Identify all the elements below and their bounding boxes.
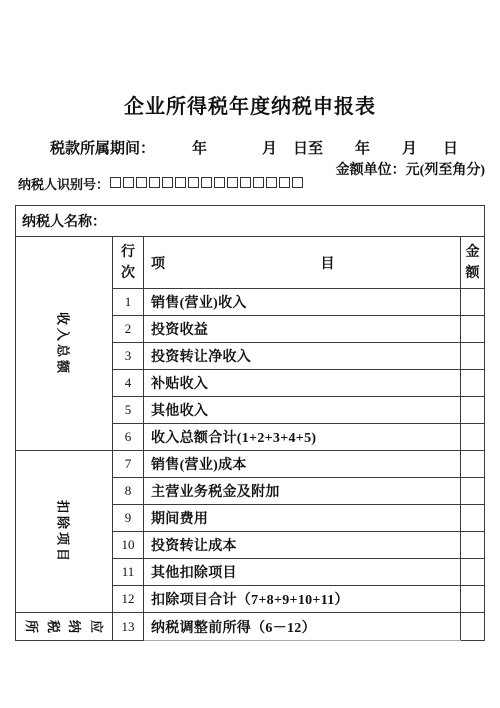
row-item-label: 收入总额合计(1+2+3+4+5) <box>144 424 461 451</box>
row-item-label: 销售(营业)收入 <box>144 289 461 316</box>
amount-cell[interactable] <box>461 343 485 370</box>
rotated-char: 所 <box>25 620 38 633</box>
amount-cell[interactable] <box>461 586 485 613</box>
section-category-cell-income: 收入总额 <box>16 237 113 451</box>
taxpayer-id-box[interactable] <box>110 177 121 188</box>
tax-period-label: 税款所属期间： <box>50 137 155 158</box>
row-item-label: 期间费用 <box>144 505 461 532</box>
taxpayer-id-box[interactable] <box>175 177 186 188</box>
taxpayer-name-row: 纳税人名称： <box>16 206 485 237</box>
taxpayer-id-box[interactable] <box>188 177 199 188</box>
taxpayer-id-box[interactable] <box>214 177 225 188</box>
row-number: 9 <box>113 505 144 532</box>
row-number: 1 <box>113 289 144 316</box>
amount-cell[interactable] <box>461 505 485 532</box>
row-number: 6 <box>113 424 144 451</box>
period-unit-year-start: 年 <box>192 137 207 158</box>
taxpayer-id-box[interactable] <box>149 177 160 188</box>
row-item-label: 其他扣除项目 <box>144 559 461 586</box>
amount-cell[interactable] <box>461 397 485 424</box>
taxpayer-id-boxes <box>110 176 305 189</box>
header-char: 次 <box>113 263 143 284</box>
taxpayer-id-box[interactable] <box>162 177 173 188</box>
period-unit-year-end: 年 <box>355 137 370 158</box>
form-title: 企业所得税年度纳税申报表 <box>0 90 500 119</box>
row-item-label: 销售(营业)成本 <box>144 451 461 478</box>
section-category-cell-deduction: 扣除项目 <box>16 451 113 613</box>
row-item-label: 扣除项目合计（7+8+9+10+11） <box>144 586 461 613</box>
period-unit-day-end: 日 <box>443 137 458 158</box>
row-item-label: 投资转让净收入 <box>144 343 461 370</box>
amount-cell[interactable] <box>461 316 485 343</box>
amount-cell[interactable] <box>461 559 485 586</box>
header-char: 行 <box>113 242 143 263</box>
table-row: 扣除项目 7 销售(营业)成本 <box>16 451 485 478</box>
header-char: 项 <box>151 257 165 272</box>
section-category-label-income: 收入总额 <box>55 311 74 375</box>
taxpayer-id-box[interactable] <box>123 177 134 188</box>
period-unit-day-to: 日至 <box>293 137 323 158</box>
period-unit-month-end: 月 <box>402 137 417 158</box>
taxpayer-id-box[interactable] <box>136 177 147 188</box>
row-item-label: 纳税调整前所得（6－12） <box>144 613 461 641</box>
section-category-label-deduction: 扣除项目 <box>55 499 74 563</box>
row-item-label: 投资收益 <box>144 316 461 343</box>
taxpayer-id-box[interactable] <box>292 177 303 188</box>
period-unit-month-start: 月 <box>262 137 277 158</box>
taxpayer-id-box[interactable] <box>266 177 277 188</box>
col-header-row-no: 行 次 <box>113 237 144 289</box>
row-number: 10 <box>113 532 144 559</box>
taxpayer-id-label: 纳税人识别号： <box>18 174 109 193</box>
amount-cell[interactable] <box>461 451 485 478</box>
row-number: 8 <box>113 478 144 505</box>
table-header-row: 收入总额 行 次 项 目 金 额 <box>16 237 485 289</box>
col-header-item: 项 目 <box>144 237 461 289</box>
row-number: 4 <box>113 370 144 397</box>
rotated-char: 税 <box>47 620 60 633</box>
rotated-char: 应 <box>90 620 103 633</box>
taxpayer-id-box[interactable] <box>279 177 290 188</box>
row-number: 3 <box>113 343 144 370</box>
row-item-label: 投资转让成本 <box>144 532 461 559</box>
amount-cell[interactable] <box>461 613 485 641</box>
section-category-partial-label: 所 税 纳 应 <box>16 613 112 640</box>
amount-cell[interactable] <box>461 424 485 451</box>
amount-cell[interactable] <box>461 370 485 397</box>
row-item-label: 主营业务税金及附加 <box>144 478 461 505</box>
taxpayer-name-field[interactable]: 纳税人名称： <box>16 206 485 237</box>
header-char: 金 <box>461 242 484 263</box>
row-number: 11 <box>113 559 144 586</box>
amount-cell[interactable] <box>461 478 485 505</box>
row-number: 5 <box>113 397 144 424</box>
section-category-cell-taxable-income: 所 税 纳 应 <box>16 613 113 641</box>
row-number: 2 <box>113 316 144 343</box>
col-header-amount: 金 额 <box>461 237 485 289</box>
header-char: 目 <box>321 257 335 272</box>
rotated-char: 纳 <box>68 620 81 633</box>
row-number: 13 <box>113 613 144 641</box>
taxpayer-id-box[interactable] <box>240 177 251 188</box>
row-number: 7 <box>113 451 144 478</box>
taxpayer-id-box[interactable] <box>253 177 264 188</box>
amount-cell[interactable] <box>461 532 485 559</box>
taxpayer-id-box[interactable] <box>201 177 212 188</box>
header-char: 额 <box>461 263 484 284</box>
row-number: 12 <box>113 586 144 613</box>
taxpayer-id-box[interactable] <box>227 177 238 188</box>
amount-unit-note: 金额单位：元(列至角分) <box>336 159 485 179</box>
table-row: 所 税 纳 应 13 纳税调整前所得（6－12） <box>16 613 485 641</box>
tax-return-table: 纳税人名称： 收入总额 行 次 项 目 金 额 1 销售(营业)收入 <box>15 205 485 641</box>
amount-cell[interactable] <box>461 289 485 316</box>
row-item-label: 其他收入 <box>144 397 461 424</box>
row-item-label: 补贴收入 <box>144 370 461 397</box>
